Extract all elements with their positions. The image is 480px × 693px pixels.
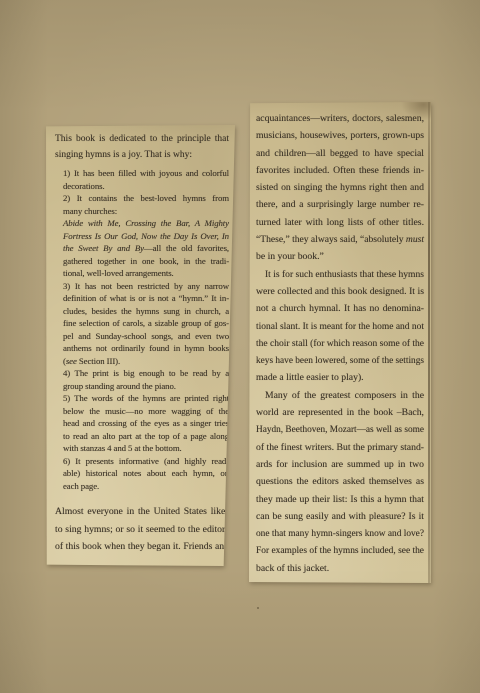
- text-line: they made up their list: Is this a hymn …: [256, 491, 424, 508]
- text-line: there, and a surprisingly large number r…: [256, 196, 424, 213]
- paper-edge-crease: [428, 102, 430, 583]
- left-column-text: This book is dedicated to the principle …: [55, 132, 229, 556]
- text-line: musicians, housewives, porters, grown-up…: [256, 127, 424, 144]
- text-line: able) historical notes about each hymn, …: [63, 467, 229, 480]
- text-line: turned later with long lists of other ti…: [256, 214, 424, 231]
- text-line: group standing around the piano.: [63, 380, 229, 393]
- text-line: to sing hymns; or so it seemed to the ed…: [55, 521, 229, 539]
- paragraph: It is for such enthusiasts that these hy…: [256, 266, 424, 387]
- book-jacket-photo: { "colors": { "background": "#b1a07a", "…: [0, 0, 480, 693]
- text-line: back of this jacket.: [256, 560, 424, 577]
- text-line: favorites included. Often these friends …: [256, 162, 424, 179]
- text-line: tional, well-loved arrangements.: [63, 267, 229, 280]
- text-line: keys have been lowered, some of the sett…: [256, 352, 424, 369]
- paragraph: 1) It has been filled with joyous and co…: [63, 167, 229, 192]
- text-line: definition of what is or is not a “hymn.…: [63, 292, 229, 305]
- text-line: with stanzas 4 and 5 at the bottom.: [63, 442, 229, 455]
- text-line: decorations.: [63, 180, 229, 193]
- text-line: not a church hymnal. It has no denomina-: [256, 300, 424, 317]
- text-line: anthems not ordinarily found in hymn boo…: [63, 342, 229, 355]
- text-line: be in your book.”: [256, 248, 424, 265]
- text-line: of the finest writers. But the primary s…: [256, 439, 424, 456]
- text-line: This book is dedicated to the principle …: [55, 132, 229, 148]
- text-line: It is for such enthusiasts that these hy…: [256, 266, 424, 283]
- text-line: many churches:: [63, 205, 229, 218]
- paragraph: acquaintances—writers, doctors, salesmen…: [256, 110, 424, 266]
- text-line: 4) The print is big enough to be read by…: [63, 367, 229, 380]
- text-line: one that many hymn-singers know and love…: [256, 525, 424, 542]
- text-line: made a little easier to play).: [256, 369, 424, 386]
- right-clipping-wrapper: acquaintances—writers, doctors, salesmen…: [249, 102, 431, 583]
- paragraph: Almost everyone in the United States lik…: [55, 503, 229, 556]
- text-line: sisted on singing the hymns right then a…: [256, 179, 424, 196]
- text-line: Fortress Is Our God, Now the Day Is Over…: [63, 230, 229, 243]
- text-line: the Sweet By and By—all the old favorite…: [63, 242, 229, 255]
- text-line: singing hymns is a joy. That is why:: [55, 148, 229, 164]
- paragraph: 3) It has not been restricted by any nar…: [63, 280, 229, 368]
- paragraph: 6) It presents informative (and highly r…: [63, 455, 229, 493]
- text-line: of this book when they began it. Friends…: [55, 538, 229, 556]
- left-clipping-wrapper: This book is dedicated to the principle …: [46, 125, 235, 566]
- text-line: Abide with Me, Crossing the Bar, A Might…: [63, 217, 229, 230]
- page-background: This book is dedicated to the principle …: [0, 0, 480, 693]
- text-line: head and crossing of the eyes as a singe…: [63, 417, 229, 430]
- text-line: pel and Sunday-school songs, and even tw…: [63, 330, 229, 343]
- text-line: 1) It has been filled with joyous and co…: [63, 167, 229, 180]
- text-line: below the music—no more wagging of the: [63, 405, 229, 418]
- right-text-clipping: acquaintances—writers, doctors, salesmen…: [249, 102, 431, 583]
- text-line: the choir stall (for which reason some o…: [256, 335, 424, 352]
- paragraph: 4) The print is big enough to be read by…: [63, 367, 229, 392]
- text-line: Haydn, Beethoven, Mozart—as well as some: [256, 421, 424, 438]
- text-line: ards for inclusion are summed up in two: [256, 456, 424, 473]
- text-line: each page.: [63, 480, 229, 493]
- paragraph: 5) The words of the hymns are printed ri…: [63, 392, 229, 455]
- right-column-text: acquaintances—writers, doctors, salesmen…: [256, 110, 424, 577]
- paragraph: This book is dedicated to the principle …: [55, 132, 229, 163]
- text-line: 2) It contains the best-loved hymns from: [63, 192, 229, 205]
- text-line: (see Section III).: [63, 355, 229, 368]
- text-line: “These,” they always said, “absolutely m…: [256, 231, 424, 248]
- text-line: and children—all begged to have special: [256, 145, 424, 162]
- text-line: Many of the greatest composers in the: [256, 387, 424, 404]
- paragraph: 2) It contains the best-loved hymns from…: [63, 192, 229, 217]
- text-line: acquaintances—writers, doctors, salesmen…: [256, 110, 424, 127]
- paper-speck: [257, 607, 259, 609]
- paragraph: Abide with Me, Crossing the Bar, A Might…: [63, 217, 229, 280]
- text-line: 3) It has not been restricted by any nar…: [63, 280, 229, 293]
- text-line: can be sung easily and with pleasure? Is…: [256, 508, 424, 525]
- text-line: 5) The words of the hymns are printed ri…: [63, 392, 229, 405]
- paragraph: Many of the greatest composers in thewor…: [256, 387, 424, 577]
- text-line: to read an alto part at the top of a pag…: [63, 430, 229, 443]
- text-line: cludes, besides the hymns sung in church…: [63, 305, 229, 318]
- text-line: questions the editors asked themselves a…: [256, 473, 424, 490]
- left-text-clipping: This book is dedicated to the principle …: [46, 125, 235, 566]
- text-line: world are represented in the book –Bach,: [256, 404, 424, 421]
- text-line: were collected and this book designed. I…: [256, 283, 424, 300]
- text-line: Almost everyone in the United States lik…: [55, 503, 229, 521]
- text-line: fine selection of carols, a sizable grou…: [63, 317, 229, 330]
- text-line: 6) It presents informative (and highly r…: [63, 455, 229, 468]
- text-line: For examples of the hymns included, see …: [256, 542, 424, 559]
- text-line: tional slant. It is meant for the home a…: [256, 318, 424, 335]
- text-line: gathered together in one book, in the tr…: [63, 255, 229, 268]
